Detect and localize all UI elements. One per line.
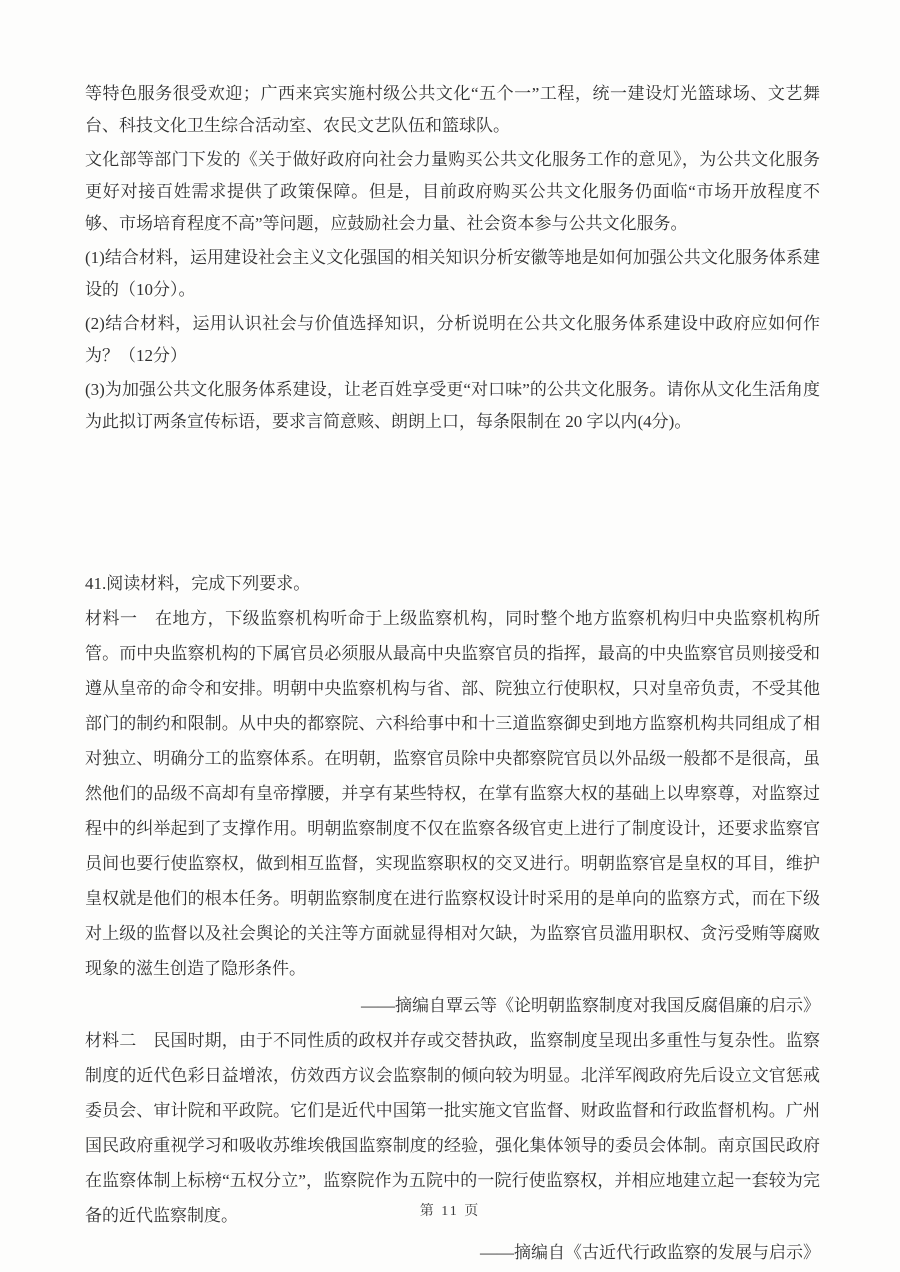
exam-paper-page: 等特色服务很受欢迎；广西来宾实施村级公共文化“五个一”工程，统一建设灯光篮球场、…	[0, 0, 900, 1272]
page-content: 等特色服务很受欢迎；广西来宾实施村级公共文化“五个一”工程，统一建设灯光篮球场、…	[0, 0, 900, 1270]
material-one-source: ——摘编自覃云等《论明朝监察制度对我国反腐倡廉的启示》	[85, 988, 820, 1023]
policy-paragraph: 文化部等部门下发的《关于做好政府向社会力量购买公共文化服务工作的意见》，为公共文…	[85, 144, 820, 240]
sub-question-1: (1)结合材料，运用建设社会主义文化强国的相关知识分析安徽等地是如何加强公共文化…	[85, 242, 820, 306]
sub-question-3: (3)为加强公共文化服务体系建设，让老百姓享受更“对口味”的公共文化服务。请你从…	[85, 374, 820, 438]
question-41-header: 41.阅读材料，完成下列要求。	[85, 566, 820, 601]
page-number: 第 11 页	[0, 1200, 900, 1220]
material-two-source: ——摘编自《古近代行政监察的发展与启示》	[85, 1235, 820, 1270]
civics-question-section: 等特色服务很受欢迎；广西来宾实施村级公共文化“五个一”工程，统一建设灯光篮球场、…	[85, 78, 820, 438]
material-one-paragraph: 材料一 在地方，下级监察机构听命于上级监察机构，同时整个地方监察机构归中央监察机…	[85, 601, 820, 986]
section-gap	[85, 438, 820, 566]
sub-question-2: (2)结合材料，运用认识社会与价值选择知识，分析说明在公共文化服务体系建设中政府…	[85, 308, 820, 372]
continuation-paragraph: 等特色服务很受欢迎；广西来宾实施村级公共文化“五个一”工程，统一建设灯光篮球场、…	[85, 78, 820, 142]
history-question-41-section: 41.阅读材料，完成下列要求。 材料一 在地方，下级监察机构听命于上级监察机构，…	[85, 566, 820, 1270]
